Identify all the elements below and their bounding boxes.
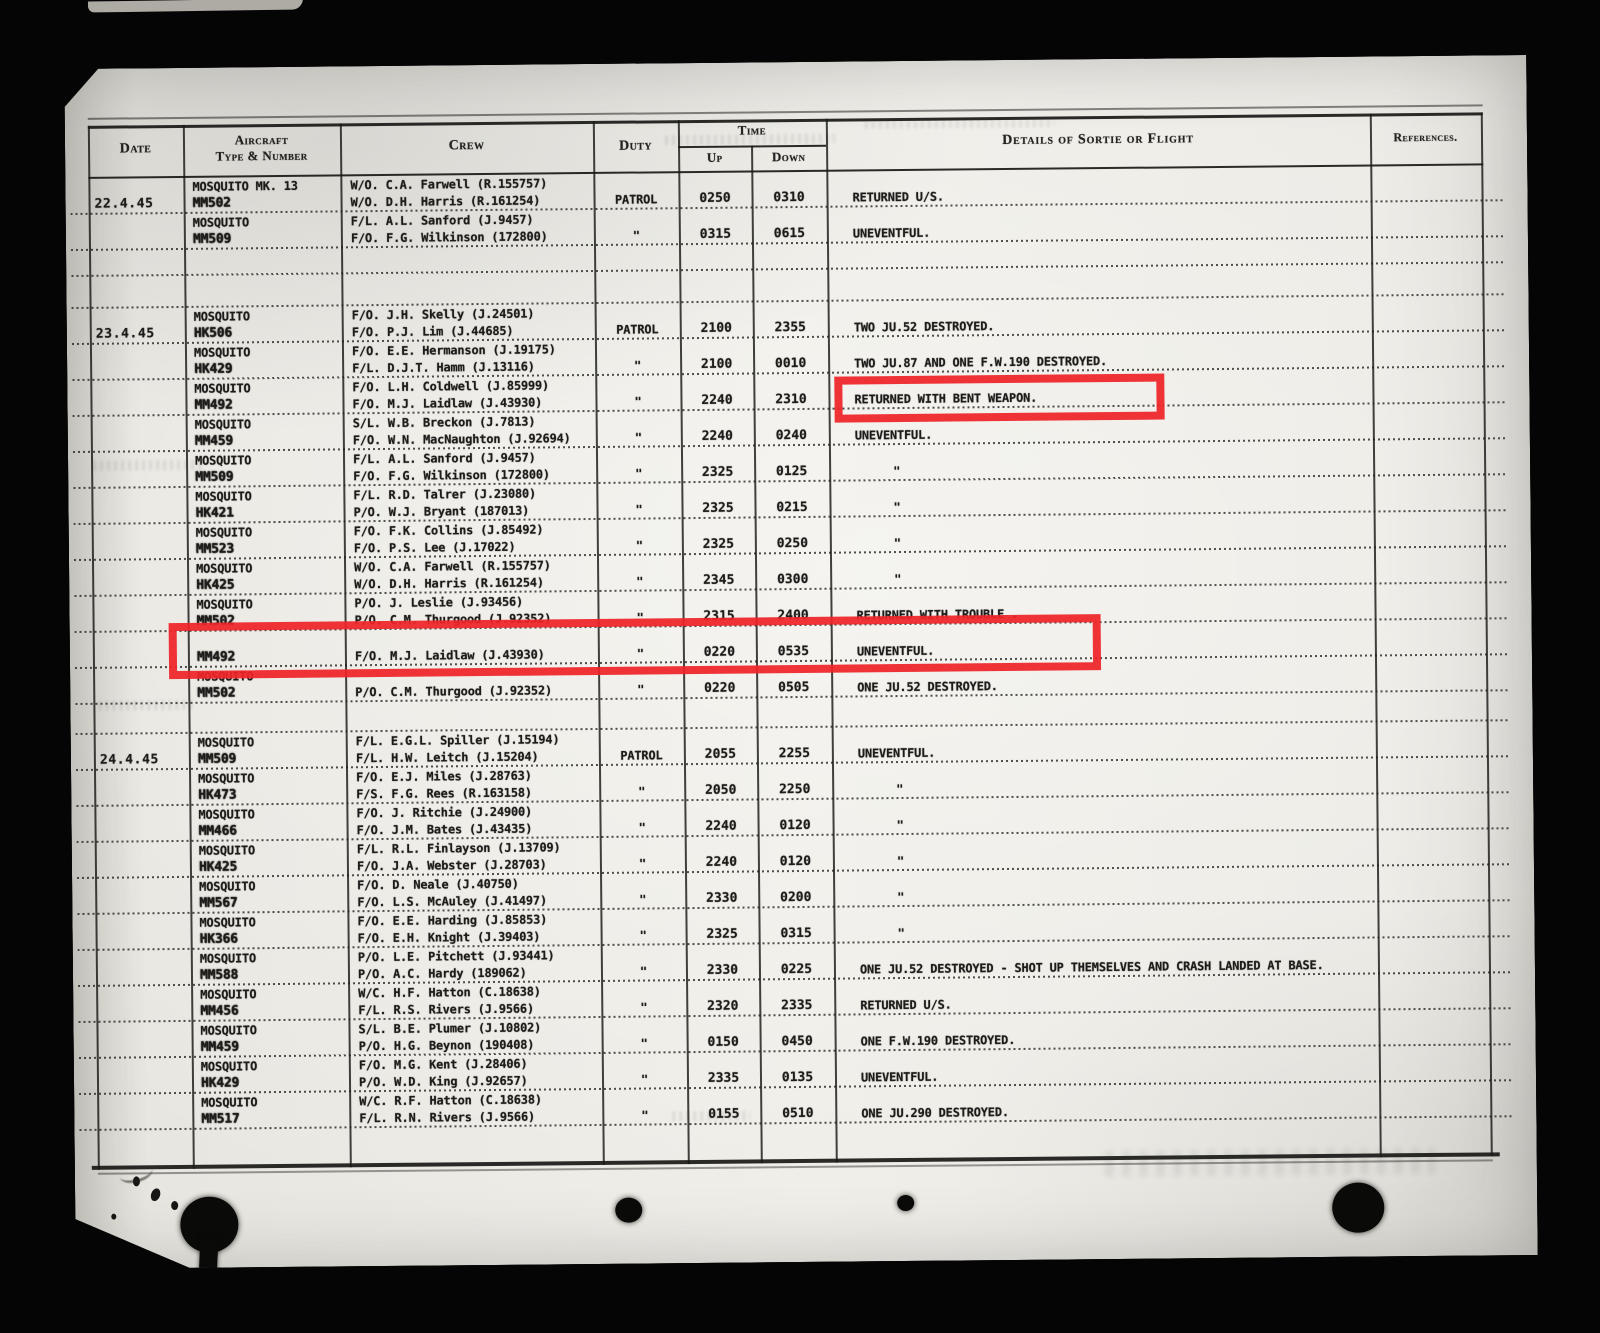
aircraft-type: MOSQUITO MK. 13	[192, 178, 340, 193]
duty-value: PATROL	[595, 322, 680, 337]
bleedthrough-smudge	[1105, 1148, 1435, 1177]
time-up-cell: 2325	[681, 446, 754, 483]
pilot-name: F/O. E.E. Hermanson (J.19175)	[352, 342, 596, 358]
time-up-value: 2320	[686, 999, 759, 1014]
aircraft-cell: MOSQUITOMM509	[187, 212, 341, 249]
date-value	[102, 969, 191, 970]
time-down-cell: 2335	[759, 980, 834, 1017]
aircraft-type: MOSQUITO	[201, 1058, 349, 1073]
aircraft-cell: MOSQUITOHK429	[195, 1056, 349, 1093]
aircraft-serial: MM588	[200, 967, 348, 982]
date-value	[98, 543, 187, 544]
pilot-name: S/L. W.B. Breckon (J.7813)	[353, 414, 597, 430]
duty-value: "	[597, 574, 682, 589]
crew-cell: F/O. M.G. Kent (J.28406)P/O. W.D. King (…	[353, 1054, 603, 1092]
navigator-name: F/L. H.W. Leitch (J.15204)	[356, 749, 600, 765]
date-cell	[94, 770, 189, 807]
aircraft-type: MOSQUITO	[196, 560, 344, 575]
time-down-cell: 0215	[754, 482, 829, 519]
date-value	[97, 471, 186, 472]
aircraft-type: MOSQUITO	[199, 914, 347, 929]
time-down-value: 0215	[754, 501, 829, 516]
duty-value: "	[602, 1036, 687, 1051]
pilot-name: F/O. J. Ritchie (J.24900)	[356, 804, 600, 820]
date-cell	[96, 950, 191, 987]
crew-cell: S/L. W.B. Breckon (J.7813)F/O. W.N. MacN…	[347, 412, 597, 450]
aircraft-type: MOSQUITO	[196, 524, 344, 539]
duty-cell: "	[601, 1017, 686, 1054]
time-up-cell: 0315	[679, 208, 752, 245]
aircraft-cell: MOSQUITOHK425	[190, 558, 344, 595]
navigator-name: P/O. W.D. King (J.92657)	[359, 1073, 603, 1089]
duty-cell: "	[600, 837, 685, 874]
pilot-name: F/L. E.G.L. Spiller (J.15194)	[356, 732, 600, 748]
time-up-cell: 0250	[678, 172, 751, 209]
date-cell	[90, 380, 185, 417]
time-down-cell: 0120	[757, 800, 832, 837]
crew-cell: F/O. D. Neale (J.40750)F/O. L.S. McAuley…	[351, 874, 601, 912]
date-value	[101, 825, 190, 826]
aircraft-serial: MM567	[199, 895, 347, 910]
time-down-value: 0225	[759, 963, 834, 978]
duty-value: "	[600, 892, 685, 907]
aircraft-serial: MM459	[201, 1039, 349, 1054]
time-up-cell: 2330	[686, 944, 759, 981]
header-date: Date	[88, 141, 183, 158]
date-value	[102, 1005, 191, 1006]
time-up-value: 2100	[680, 357, 753, 372]
duty-value: "	[600, 820, 685, 835]
highlight-box-laidlaw-row	[169, 614, 1101, 679]
date-cell	[92, 524, 187, 561]
aircraft-type: MOSQUITO	[198, 770, 346, 785]
time-down-cell: 0125	[754, 446, 829, 483]
date-value	[101, 897, 190, 898]
date-cell	[89, 214, 184, 251]
pilot-name: W/O. C.A. Farwell (R.155757)	[354, 558, 598, 574]
aircraft-serial: MM509	[193, 231, 341, 246]
time-up-cell: 0150	[686, 1016, 759, 1053]
references-cell	[1372, 331, 1483, 368]
crew-cell: F/O. E.E. Hermanson (J.19175)F/L. D.J.T.…	[346, 340, 596, 378]
bleedthrough-smudge	[93, 460, 203, 471]
date-cell	[90, 344, 185, 381]
time-up-value: 2325	[682, 537, 755, 552]
aircraft-cell: MOSQUITOHK506	[188, 306, 342, 343]
references-cell	[1374, 583, 1485, 620]
pilot-name: S/L. B.E. Plumer (J.10802)	[358, 1020, 602, 1036]
highlight-box-bent-weapon	[834, 373, 1164, 422]
time-up-cell: 2240	[684, 800, 757, 837]
time-down-value: 2250	[757, 783, 832, 798]
duty-cell: "	[597, 555, 682, 592]
aircraft-serial: MM492	[194, 397, 342, 412]
pilot-name: F/O. E.E. Harding (J.85853)	[357, 912, 601, 928]
crew-cell: S/L. B.E. Plumer (J.10802)P/O. H.G. Beyn…	[352, 1018, 602, 1056]
punch-hole	[1332, 1182, 1384, 1232]
ink-speck	[149, 1187, 162, 1202]
time-down-cell: 0250	[755, 518, 830, 555]
duty-cell: "	[601, 981, 686, 1018]
date-value	[100, 789, 189, 790]
ink-speck	[171, 1201, 178, 1210]
duty-value: "	[601, 928, 686, 943]
references-cell	[1378, 1009, 1489, 1046]
navigator-name: F/O. W.N. MacNaughton (J.92694)	[353, 431, 597, 447]
time-down-cell: 0300	[755, 554, 830, 591]
time-up-value: 2240	[681, 429, 754, 444]
time-up-cell: 2240	[680, 374, 753, 411]
pilot-name: F/L. R.L. Finlayson (J.13709)	[357, 840, 601, 856]
navigator-name: F/S. F.G. Rees (R.163158)	[356, 785, 600, 801]
crew-cell: F/O. L.H. Coldwell (J.85999)F/O. M.J. La…	[346, 376, 596, 414]
pilot-name: F/O. M.G. Kent (J.28406)	[359, 1056, 603, 1072]
date-cell	[95, 842, 190, 879]
date-value	[103, 1041, 192, 1042]
time-down-cell: 0120	[758, 836, 833, 873]
aircraft-cell: MOSQUITOHK421	[189, 486, 343, 523]
aircraft-type: MOSQUITO	[195, 488, 343, 503]
aircraft-serial: HK429	[194, 361, 342, 376]
aircraft-serial: HK421	[195, 505, 343, 520]
time-down-value: 0125	[754, 465, 829, 480]
logbook-page: Date Aircraft Type & Number Crew Duty Ti…	[64, 55, 1537, 1269]
time-up-value: 2240	[680, 393, 753, 408]
time-up-cell: 2050	[684, 764, 757, 801]
duty-cell: "	[596, 447, 681, 484]
crew-cell: W/O. C.A. Farwell (R.155757)W/O. D.H. Ha…	[344, 174, 594, 212]
references-cell	[1373, 403, 1484, 440]
time-down-cell: 2250	[757, 764, 832, 801]
aircraft-type: MOSQUITO	[195, 416, 343, 431]
duty-value: "	[598, 682, 683, 697]
references-cell	[1379, 1081, 1490, 1118]
duty-value: "	[595, 358, 680, 373]
time-down-value: 0505	[756, 681, 831, 696]
duty-value: "	[596, 466, 681, 481]
date-value	[103, 1077, 192, 1078]
duty-cell: PATROL	[595, 303, 680, 340]
header-references: References.	[1370, 129, 1481, 145]
time-down-value: 0120	[758, 819, 833, 834]
pilot-name: W/C. H.F. Hatton (C.18638)	[358, 984, 602, 1000]
pilot-name: F/O. L.H. Coldwell (J.85999)	[352, 378, 596, 394]
pilot-name: F/O. J.H. Skelly (J.24501)	[352, 306, 596, 322]
time-up-value: 2240	[685, 855, 758, 870]
navigator-name: P/O. W.J. Bryant (187013)	[353, 503, 597, 519]
time-down-cell: 2255	[757, 728, 832, 765]
header-crew: Crew	[340, 137, 593, 155]
aircraft-cell: MOSQUITO MK. 13MM502	[186, 176, 340, 213]
time-down-value: 0510	[760, 1107, 835, 1122]
navigator-name: P/O. A.C. Hardy (189062)	[358, 965, 602, 981]
references-cell	[1377, 901, 1488, 938]
duty-cell: "	[596, 411, 681, 448]
time-down-value: 2355	[753, 321, 828, 336]
duty-value: "	[595, 394, 680, 409]
time-up-cell: 2335	[687, 1052, 760, 1089]
aircraft-serial: MM502	[193, 195, 341, 210]
bleedthrough-smudge	[672, 1111, 750, 1122]
date-cell: 23.4.45	[90, 308, 185, 345]
adjacent-page-edge	[88, 0, 303, 13]
aircraft-type: MOSQUITO	[198, 734, 346, 749]
pilot-name: F/L. R.D. Talrer (J.23080)	[353, 486, 597, 502]
duty-value: "	[599, 784, 684, 799]
punch-hole-tear	[199, 1237, 218, 1272]
crew-cell: P/O. L.E. Pitchett (J.93441)P/O. A.C. Ha…	[352, 946, 602, 984]
time-up-cell: 2325	[681, 482, 754, 519]
time-down-value: 0120	[758, 855, 833, 870]
time-down-value: 0450	[760, 1035, 835, 1050]
date-value	[103, 1113, 192, 1114]
scan-background: Date Aircraft Type & Number Crew Duty Ti…	[0, 0, 1600, 1333]
pilot-name: F/O. F.K. Collins (J.85492)	[354, 522, 598, 538]
date-cell	[91, 488, 186, 525]
aircraft-cell: MOSQUITOMM588	[194, 948, 348, 985]
time-up-value: 0315	[679, 227, 752, 242]
aircraft-cell: MOSQUITOHK429	[188, 342, 342, 379]
date-cell	[97, 1058, 192, 1095]
crew-cell: F/O. E.E. Harding (J.85853)F/O. E.H. Kni…	[351, 910, 601, 948]
aircraft-cell: MOSQUITOHK366	[193, 912, 347, 949]
aircraft-type: MOSQUITO	[201, 1094, 349, 1109]
time-up-cell: 2325	[685, 908, 758, 945]
references-cell	[1374, 547, 1485, 584]
table-rule	[88, 104, 1483, 119]
aircraft-type: MOSQUITO	[198, 806, 346, 821]
aircraft-serial: MM509	[195, 469, 343, 484]
navigator-name: F/O. P.S. Lee (J.17022)	[354, 539, 598, 555]
navigator-name: F/O. L.S. McAuley (J.41497)	[357, 893, 601, 909]
references-cell	[1376, 721, 1487, 758]
aircraft-serial: MM456	[200, 1003, 348, 1018]
date-cell	[97, 1094, 192, 1131]
duty-cell: "	[599, 801, 684, 838]
duty-value: "	[596, 430, 681, 445]
aircraft-serial: MM509	[198, 751, 346, 766]
aircraft-serial: HK425	[196, 577, 344, 592]
date-value: 24.4.45	[100, 753, 189, 768]
aircraft-cell: MOSQUITOMM492	[188, 378, 342, 415]
date-cell	[96, 986, 191, 1023]
aircraft-cell: MOSQUITOMM523	[190, 522, 344, 559]
aircraft-serial: HK429	[201, 1075, 349, 1090]
crew-cell: F/O. F.K. Collins (J.85492)F/O. P.S. Lee…	[348, 520, 598, 558]
aircraft-serial: HK473	[198, 787, 346, 802]
time-up-cell: 2100	[680, 302, 753, 339]
crew-cell: W/C. H.F. Hatton (C.18638)F/L. R.S. Rive…	[352, 982, 602, 1020]
aircraft-type: MOSQUITO	[200, 1022, 348, 1037]
header-time-down: Down	[751, 149, 826, 166]
time-up-cell: 2240	[685, 836, 758, 873]
date-cell	[92, 560, 187, 597]
navigator-name: P/O. C.M. Thurgood (J.92352)	[355, 683, 599, 699]
time-down-cell: 0315	[758, 908, 833, 945]
crew-cell: F/L. R.D. Talrer (J.23080)P/O. W.J. Brya…	[347, 484, 597, 522]
references-cell	[1376, 757, 1487, 794]
time-up-value: 2050	[684, 783, 757, 798]
crew-cell: W/O. C.A. Farwell (R.155757)W/O. D.H. Ha…	[348, 556, 598, 594]
aircraft-serial: MM459	[195, 433, 343, 448]
references-cell	[1373, 439, 1484, 476]
time-down-value: 0615	[752, 227, 827, 242]
time-up-value: 2100	[680, 321, 753, 336]
punch-hole	[615, 1198, 642, 1223]
crew-cell: F/L. A.L. Sanford (J.9457)F/O. F.G. Wilk…	[347, 448, 597, 486]
aircraft-cell: MOSQUITOMM459	[194, 1020, 348, 1057]
aircraft-cell: MOSQUITOMM466	[192, 804, 346, 841]
time-down-value: 0240	[754, 429, 829, 444]
time-up-cell: 2240	[681, 410, 754, 447]
aircraft-serial: MM523	[196, 541, 344, 556]
time-up-value: 0250	[678, 191, 751, 206]
time-down-cell: 0200	[758, 872, 833, 909]
navigator-name: F/O. J.A. Webster (J.28703)	[357, 857, 601, 873]
aircraft-type: MOSQUITO	[199, 878, 347, 893]
date-cell: 22.4.45	[88, 178, 183, 215]
date-cell	[95, 878, 190, 915]
time-down-value: 2255	[757, 747, 832, 762]
duty-value: "	[601, 964, 686, 979]
navigator-name: F/L. D.J.T. Hamm (J.13116)	[352, 359, 596, 375]
date-cell	[94, 806, 189, 843]
aircraft-cell: MOSQUITOMM517	[195, 1092, 349, 1129]
time-up-value: 2325	[681, 501, 754, 516]
date-cell: 24.4.45	[94, 734, 189, 771]
date-value	[96, 363, 185, 364]
date-value: 22.4.45	[95, 197, 184, 212]
crew-cell: F/O. J. Ritchie (J.24900)F/O. J.M. Bates…	[350, 802, 600, 840]
references-cell	[1371, 201, 1482, 238]
pilot-name: W/O. C.A. Farwell (R.155757)	[350, 176, 594, 192]
date-cell	[91, 416, 186, 453]
aircraft-type: MOSQUITO	[200, 950, 348, 965]
pilot-name: F/O. E.J. Miles (J.28763)	[356, 768, 600, 784]
date-value	[98, 579, 187, 580]
duty-value: "	[597, 538, 682, 553]
aircraft-type: MOSQUITO	[194, 308, 342, 323]
pilot-name: F/L. A.L. Sanford (J.9457)	[353, 450, 597, 466]
time-down-cell: 2355	[753, 302, 828, 339]
date-value	[99, 615, 188, 616]
aircraft-cell: MOSQUITOMM509	[192, 732, 346, 769]
duty-value: PATROL	[599, 748, 684, 763]
navigator-name: W/O. D.H. Harris (R.161254)	[350, 193, 594, 209]
pilot-name: F/L. A.L. Sanford (J.9457)	[351, 212, 595, 228]
navigator-name: F/O. E.H. Knight (J.39403)	[358, 929, 602, 945]
time-up-value: 0150	[687, 1035, 760, 1050]
time-up-value: 2325	[686, 927, 759, 942]
references-cell	[1372, 295, 1483, 332]
ink-speck	[111, 1214, 116, 1220]
aircraft-type: MOSQUITO	[193, 214, 341, 229]
pilot-name: W/C. R.F. Hatton (C.18638)	[359, 1092, 603, 1108]
navigator-name: W/O. D.H. Harris (R.161254)	[354, 575, 598, 591]
references-cell	[1372, 367, 1483, 404]
punch-hole	[897, 1195, 914, 1211]
time-up-cell: 2100	[680, 338, 753, 375]
bleedthrough-smudge	[665, 134, 835, 146]
duty-value: "	[600, 856, 685, 871]
time-down-value: 0310	[751, 191, 826, 206]
navigator-name: F/L. R.S. Rivers (J.9566)	[358, 1001, 602, 1017]
duty-cell: "	[600, 909, 685, 946]
time-down-cell: 0240	[754, 410, 829, 447]
duty-cell: "	[594, 209, 679, 246]
duty-value: "	[596, 502, 681, 517]
time-down-value: 0250	[755, 537, 830, 552]
duty-cell: "	[601, 945, 686, 982]
time-up-cell: 2345	[682, 554, 755, 591]
crew-cell: F/L. E.G.L. Spiller (J.15194)F/L. H.W. L…	[350, 730, 600, 768]
navigator-name: P/O. H.G. Beynon (190408)	[359, 1037, 603, 1053]
time-up-value: 2240	[685, 819, 758, 834]
aircraft-serial: HK366	[200, 931, 348, 946]
duty-cell: "	[602, 1053, 687, 1090]
aircraft-cell: MOSQUITOHK425	[193, 840, 347, 877]
aircraft-type: MOSQUITO	[196, 596, 344, 611]
time-up-value: 2325	[681, 465, 754, 480]
aircraft-serial: HK425	[199, 859, 347, 874]
bleedthrough-smudge	[98, 700, 194, 711]
pilot-name: F/O. D. Neale (J.40750)	[357, 876, 601, 892]
duty-cell: "	[596, 483, 681, 520]
time-down-cell: 0615	[752, 208, 827, 245]
navigator-name: F/O. F.G. Wilkinson (172800)	[353, 467, 597, 483]
time-down-cell: 2310	[753, 374, 828, 411]
crew-cell: F/L. A.L. Sanford (J.9457)F/O. F.G. Wilk…	[345, 210, 595, 248]
references-cell	[1375, 619, 1486, 656]
crew-cell: W/C. R.F. Hatton (C.18638)F/L. R.N. Rive…	[353, 1090, 603, 1128]
references-cell	[1377, 865, 1488, 902]
time-down-cell: 0135	[760, 1052, 835, 1089]
aircraft-cell: MOSQUITOMM459	[189, 414, 343, 451]
time-up-cell: 2055	[684, 728, 757, 765]
pilot-name: P/O. J. Leslie (J.93456)	[354, 594, 598, 610]
aircraft-serial: HK506	[194, 325, 342, 340]
aircraft-cell: MOSQUITOMM509	[189, 450, 343, 487]
aircraft-type: MOSQUITO	[194, 380, 342, 395]
aircraft-cell: MOSQUITOMM567	[193, 876, 347, 913]
time-down-cell: 0510	[760, 1088, 835, 1125]
navigator-name: F/O. P.J. Lim (J.44685)	[352, 323, 596, 339]
header-aircraft-line1: Aircraft	[183, 131, 340, 149]
references-cell	[1378, 973, 1489, 1010]
time-down-value: 0300	[755, 573, 830, 588]
date-cell	[95, 914, 190, 951]
references-cell	[1375, 655, 1486, 692]
time-down-value: 2335	[759, 999, 834, 1014]
duty-value: PATROL	[593, 192, 678, 207]
time-down-value: 0135	[760, 1071, 835, 1086]
navigator-name: F/O. J.M. Bates (J.43435)	[357, 821, 601, 837]
time-up-value: 2330	[685, 891, 758, 906]
pilot-name: P/O. L.E. Pitchett (J.93441)	[358, 948, 602, 964]
aircraft-type: MOSQUITO	[194, 344, 342, 359]
date-value	[101, 861, 190, 862]
time-down-cell: 0310	[751, 172, 826, 209]
time-up-cell: 2330	[685, 872, 758, 909]
time-down-value: 0200	[758, 891, 833, 906]
aircraft-type: MOSQUITO	[199, 842, 347, 857]
navigator-name: F/L. R.N. Rivers (J.9566)	[359, 1109, 603, 1125]
aircraft-type: MOSQUITO	[200, 986, 348, 1001]
aircraft-type: MOSQUITO	[195, 452, 343, 467]
duty-value: "	[602, 1072, 687, 1087]
time-down-value: 0010	[753, 357, 828, 372]
header-aircraft-line2: Type & Number	[183, 147, 340, 165]
